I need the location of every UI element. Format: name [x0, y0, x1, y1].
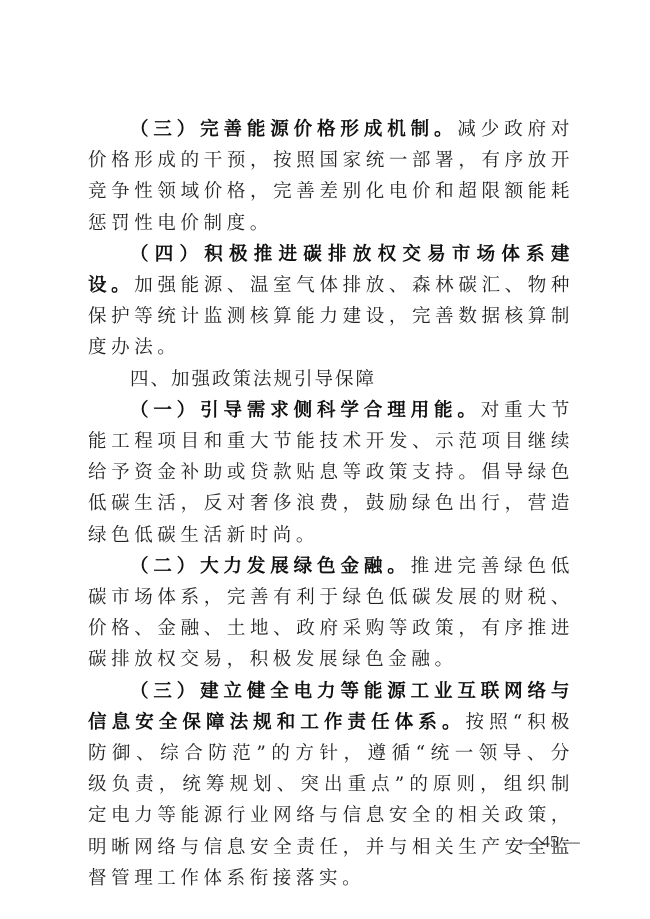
page-number: — 45 — [510, 832, 590, 852]
paragraph-text: 按照“积极防御、综合防范”的方针，遵循“统一领导、分级负责，统筹规划、突出重点”… [88, 712, 574, 889]
paragraph-network-security: （三）建立健全电力等能源工业互联网络与信息安全保障法规和工作责任体系。按照“积极… [88, 676, 574, 894]
paragraph-demand-side: （一）引导需求侧科学合理用能。对重大节能工程项目和重大节能技术开发、示范项目继续… [88, 395, 574, 551]
paragraph-text: 加强能源、温室气体排放、森林碳汇、物种保护等统计监测核算能力建设，完善数据核算制… [88, 275, 574, 358]
document-body: （三）完善能源价格形成机制。减少政府对价格形成的干预，按照国家统一部署，有序放开… [88, 114, 574, 894]
section-heading: 四、加强政策法规引导保障 [88, 364, 574, 395]
paragraph-title: （三）完善能源价格形成机制。 [130, 119, 457, 140]
paragraph-title: （二）大力发展绿色金融。 [130, 556, 411, 577]
paragraph-green-finance: （二）大力发展绿色金融。推进完善绿色低碳市场体系，完善有利于绿色低碳发展的财税、… [88, 551, 574, 676]
paragraph-title: （一）引导需求侧科学合理用能。 [130, 400, 481, 421]
paragraph-text: 对重大节能工程项目和重大节能技术开发、示范项目继续给予资金补助或贷款贴息等政策支… [88, 400, 574, 546]
paragraph-carbon-trading: （四）积极推进碳排放权交易市场体系建设。加强能源、温室气体排放、森林碳汇、物种保… [88, 239, 574, 364]
paragraph-price-mechanism: （三）完善能源价格形成机制。减少政府对价格形成的干预，按照国家统一部署，有序放开… [88, 114, 574, 239]
document-page: （三）完善能源价格形成机制。减少政府对价格形成的干预，按照国家统一部署，有序放开… [0, 0, 650, 919]
